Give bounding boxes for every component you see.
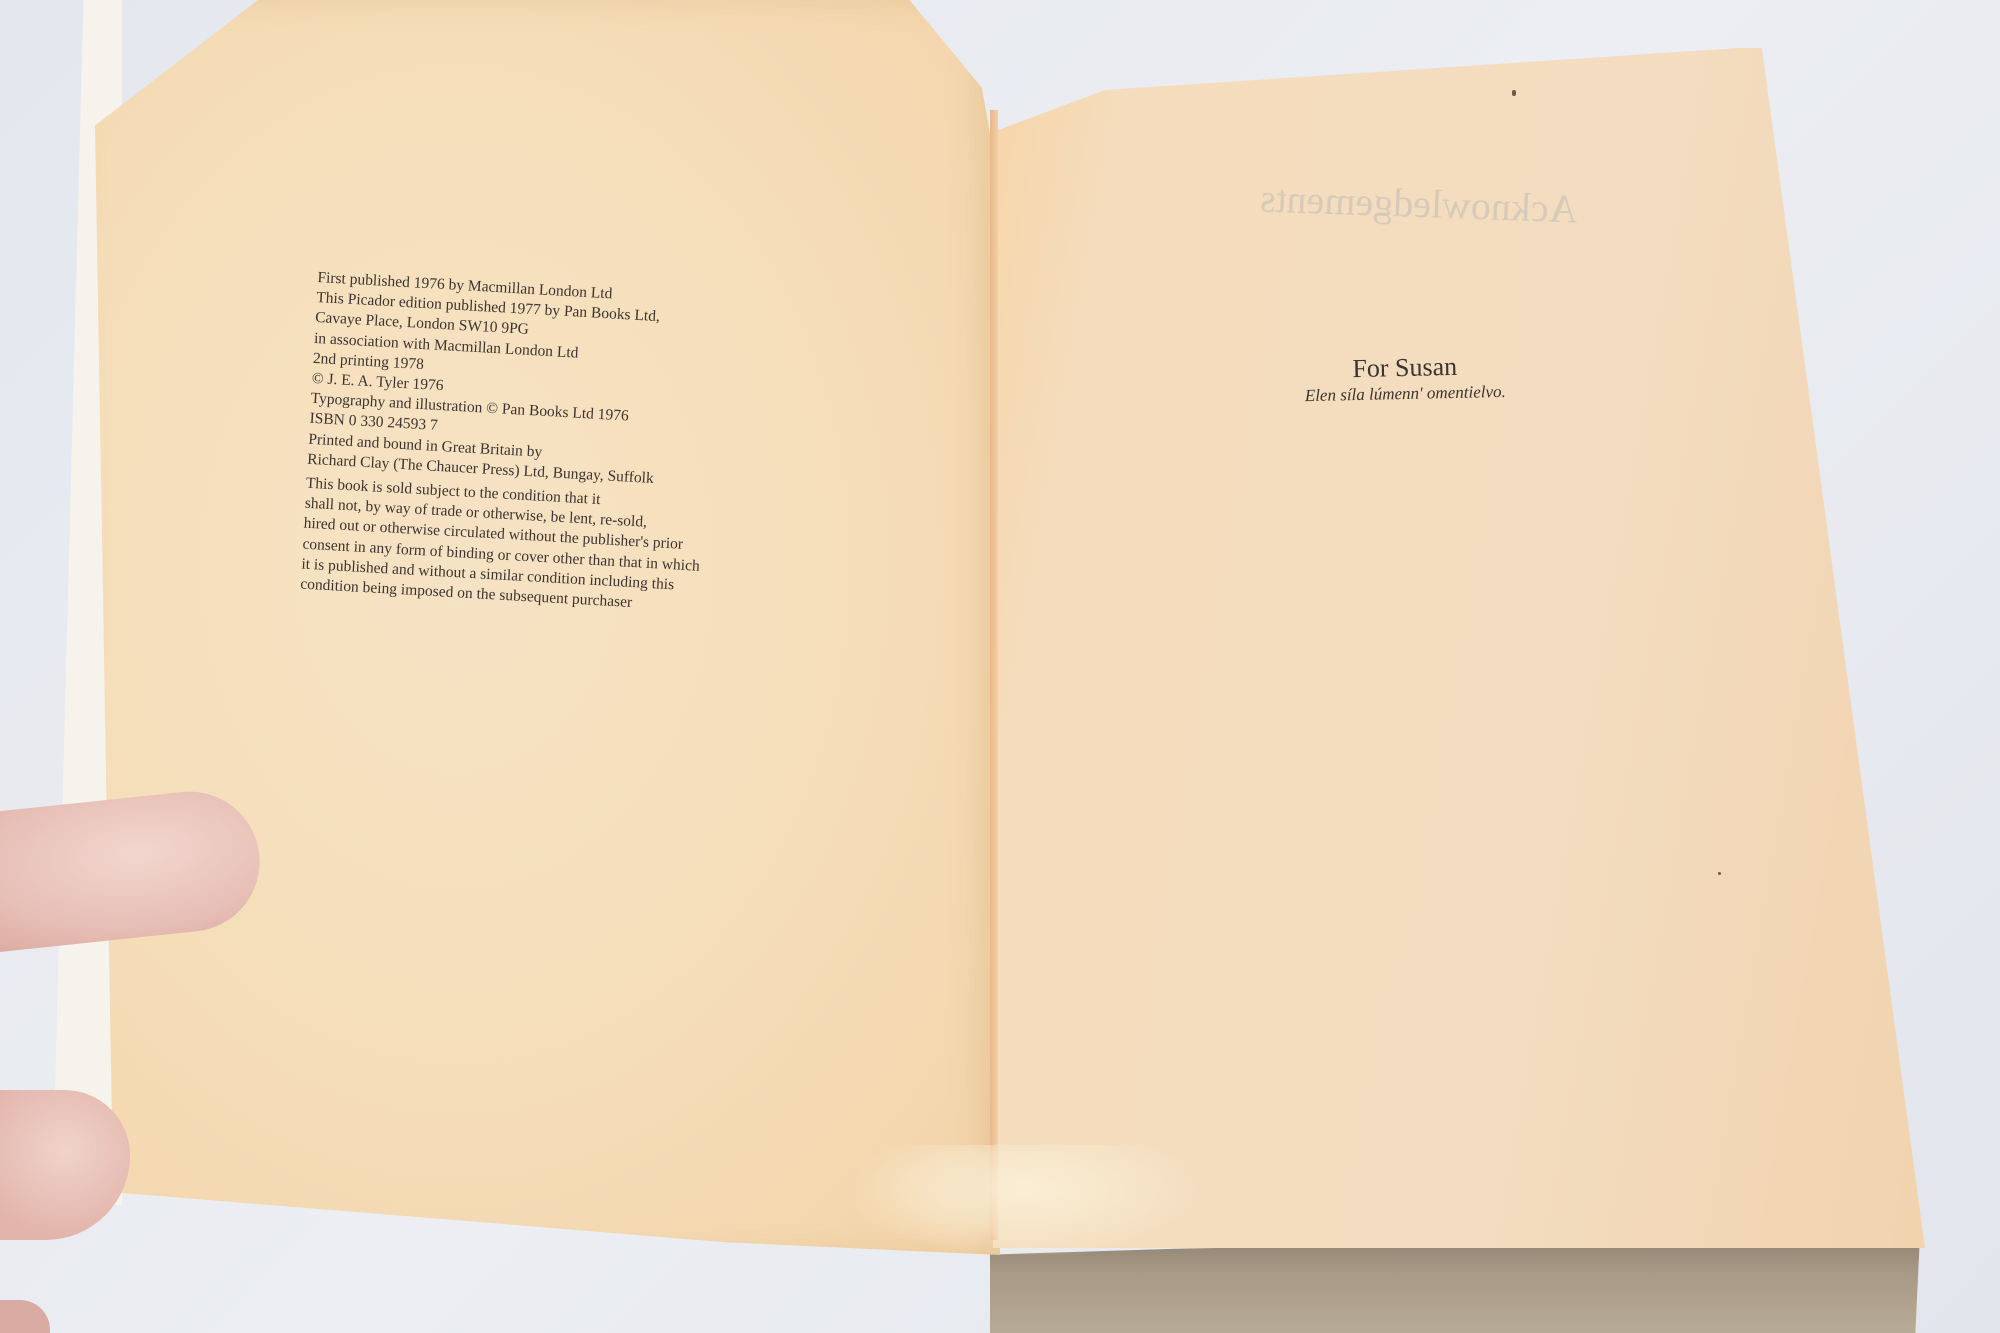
left-page: [95, 0, 1000, 1255]
photo-scene: Acknowledgements First published 1976 by…: [0, 0, 2000, 1333]
paper-speck: [1512, 90, 1516, 96]
finger: [0, 1090, 130, 1240]
dedication: For Susan Elen síla lúmenn' omentielvo.: [1274, 350, 1535, 407]
copyright-imprint: First published 1976 by Macmillan London…: [300, 268, 798, 626]
conditions-block: This book is sold subject to the conditi…: [300, 474, 786, 622]
paper-speck: [1718, 872, 1721, 875]
water-stain: [855, 1145, 1195, 1255]
finger: [0, 1300, 50, 1333]
book-gutter: [990, 110, 998, 1240]
imprint-block: First published 1976 by Macmillan London…: [307, 268, 798, 497]
